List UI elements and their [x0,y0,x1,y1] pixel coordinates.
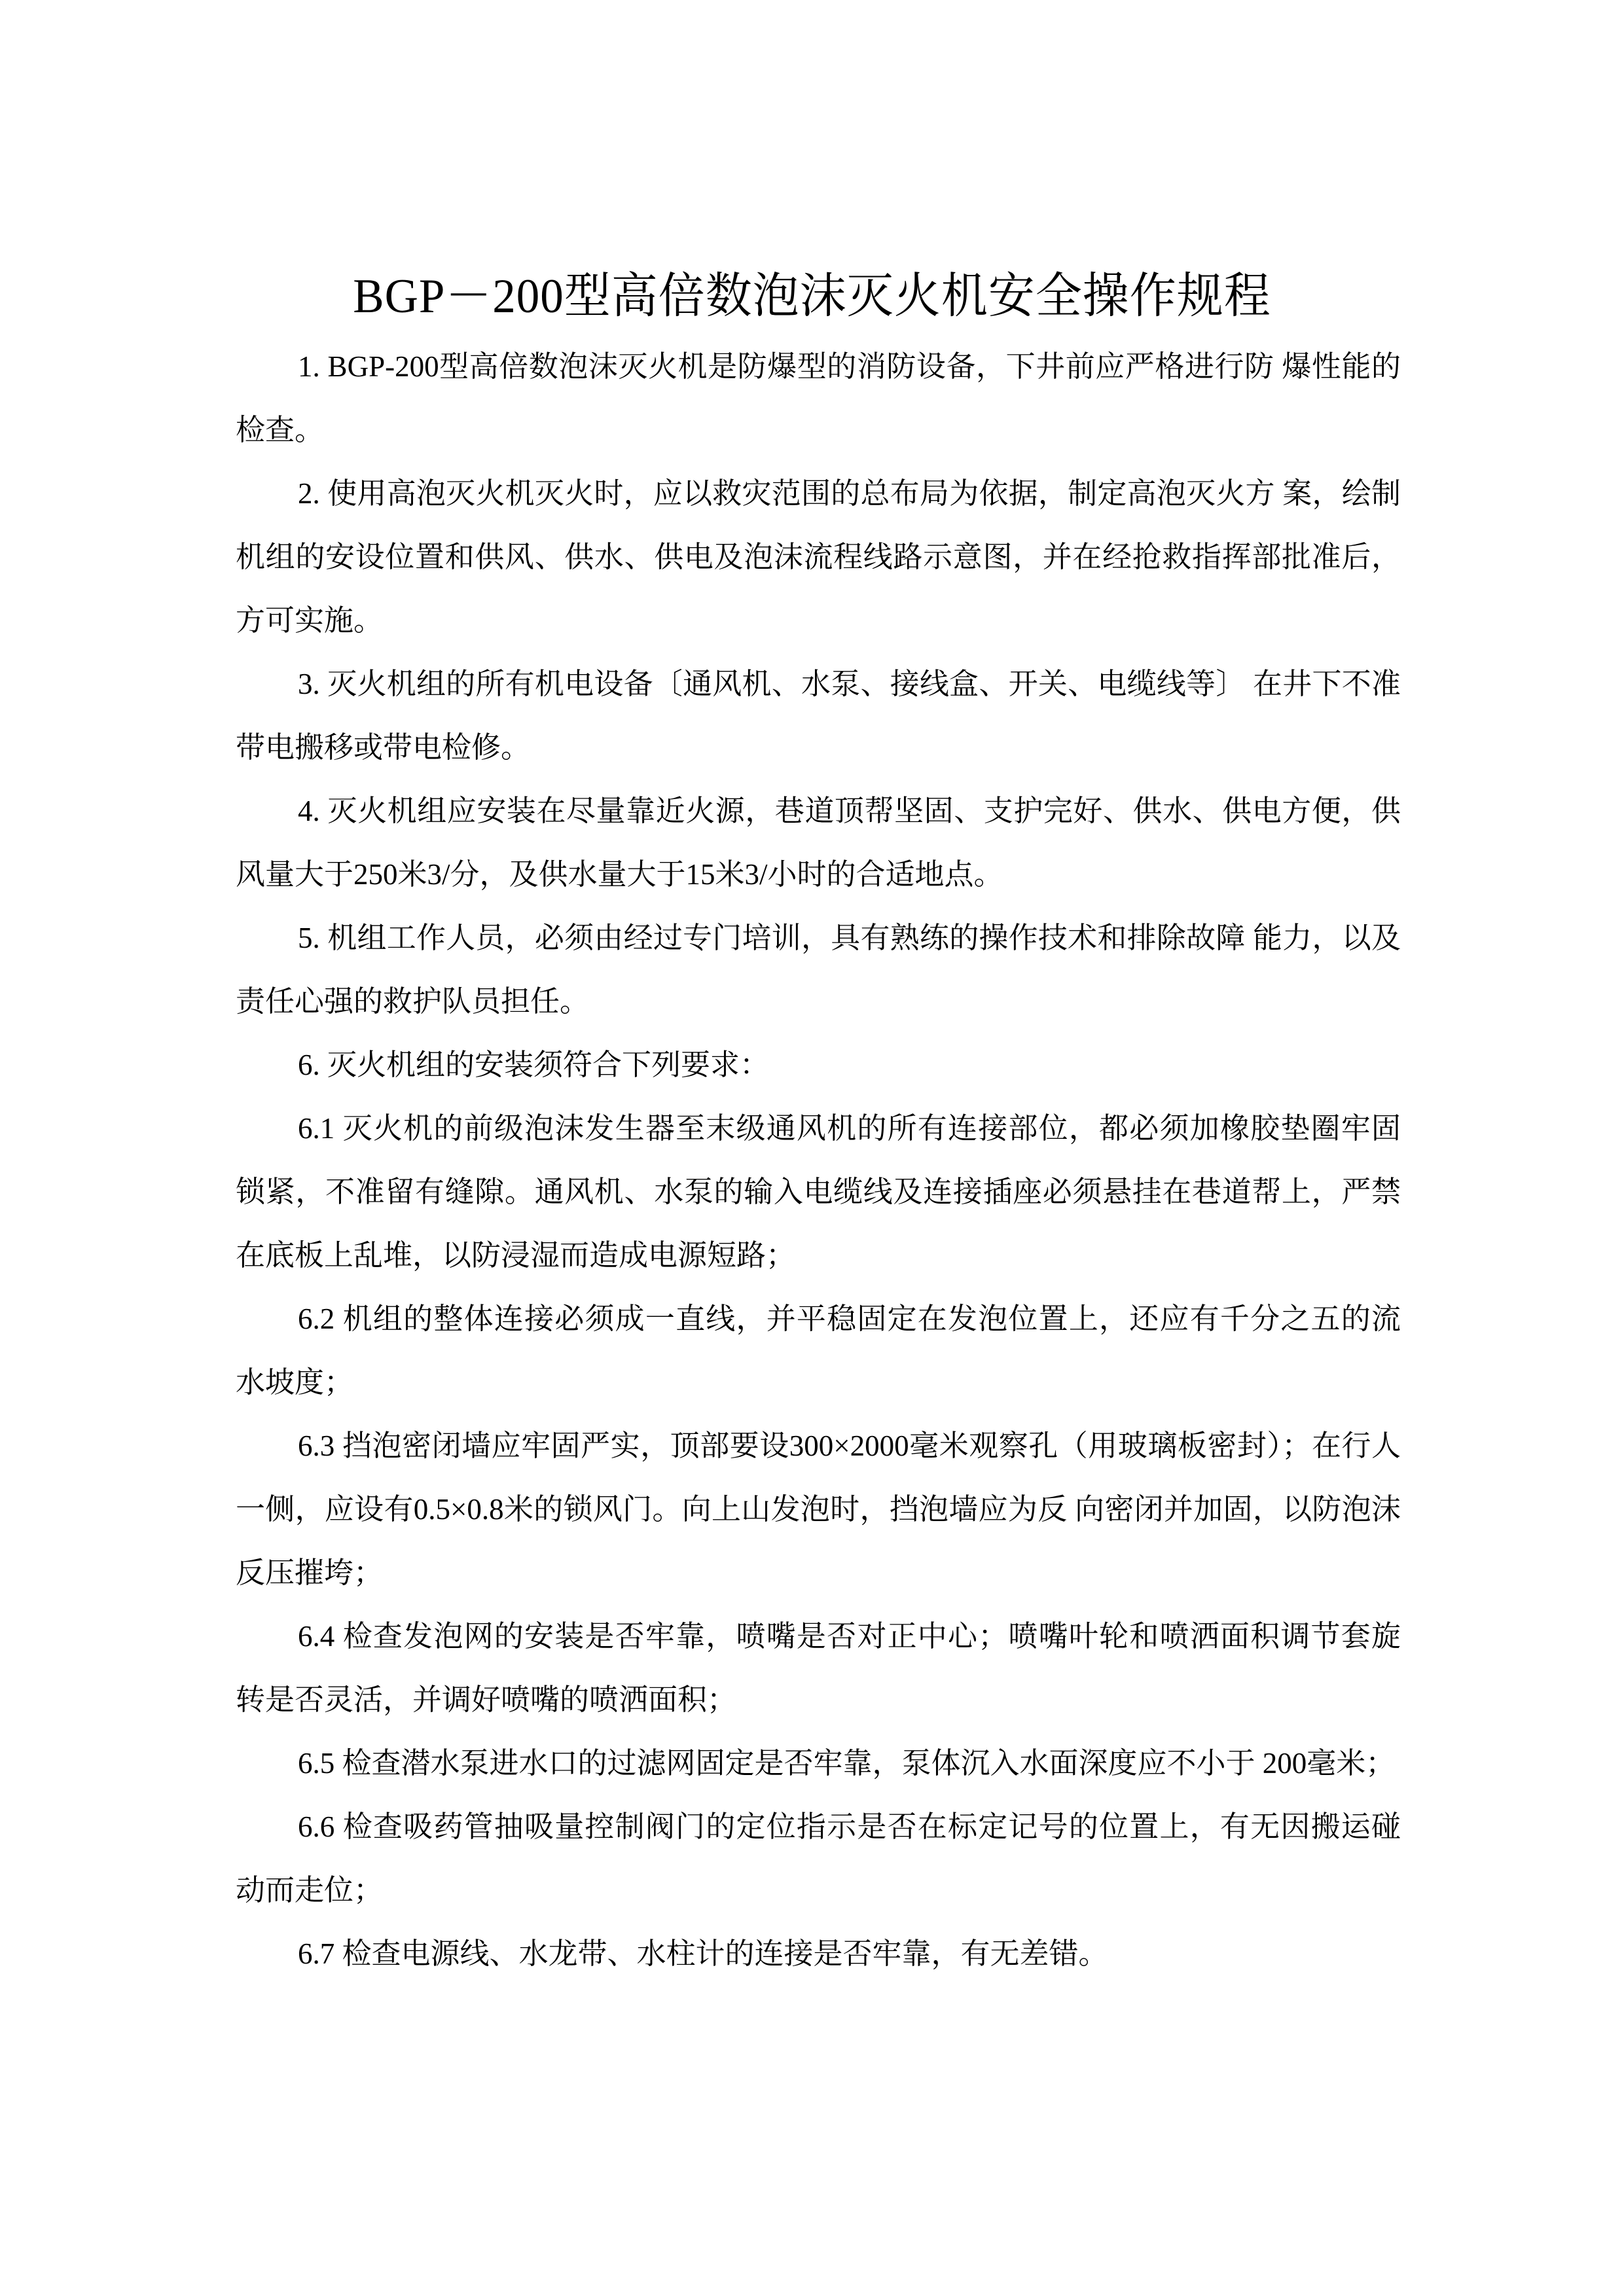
document-page: BGP－200型高倍数泡沫灭火机安全操作规程 1. BGP-200型高倍数泡沫灭… [0,0,1624,2296]
paragraph-4: 4. 灭火机组应安装在尽量靠近火源，巷道顶帮坚固、支护完好、供水、供电方便，供风… [236,780,1401,906]
paragraph-1: 1. BGP-200型高倍数泡沫灭火机是防爆型的消防设备，下井前应严格进行防 爆… [236,335,1401,462]
paragraph-6-5: 6.5 检查潜水泵进水口的过滤网固定是否牢靠，泵体沉入水面深度应不小于 200毫… [236,1732,1401,1795]
paragraph-6-3: 6.3 挡泡密闭墙应牢固严实，顶部要设300×2000毫米观察孔（用玻璃板密封）… [236,1414,1401,1605]
paragraph-6: 6. 灭火机组的安装须符合下列要求： [236,1033,1401,1097]
document-body: 1. BGP-200型高倍数泡沫灭火机是防爆型的消防设备，下井前应严格进行防 爆… [236,335,1401,1986]
paragraph-2: 2. 使用高泡灭火机灭火时，应以救灾范围的总布局为依据，制定高泡灭火方 案，绘制… [236,462,1401,653]
paragraph-6-1: 6.1 灭火机的前级泡沫发生器至末级通风机的所有连接部位，都必须加橡胶垫圈牢固锁… [236,1097,1401,1287]
paragraph-6-2: 6.2 机组的整体连接必须成一直线，并平稳固定在发泡位置上，还应有千分之五的流水… [236,1287,1401,1414]
paragraph-5: 5. 机组工作人员，必须由经过专门培训，具有熟练的操作技术和排除故障 能力，以及… [236,906,1401,1033]
paragraph-3: 3. 灭火机组的所有机电设备〔通风机、水泵、接线盒、开关、电缆线等〕 在井下不准… [236,653,1401,780]
document-title: BGP－200型高倍数泡沫灭火机安全操作规程 [33,260,1592,332]
paragraph-6-7: 6.7 检查电源线、水龙带、水柱计的连接是否牢靠，有无差错。 [236,1922,1401,1986]
paragraph-6-6: 6.6 检查吸药管抽吸量控制阀门的定位指示是否在标定记号的位置上，有无因搬运碰动… [236,1795,1401,1922]
paragraph-6-4: 6.4 检查发泡网的安装是否牢靠，喷嘴是否对正中心；喷嘴叶轮和喷洒面积调节套旋转… [236,1605,1401,1732]
